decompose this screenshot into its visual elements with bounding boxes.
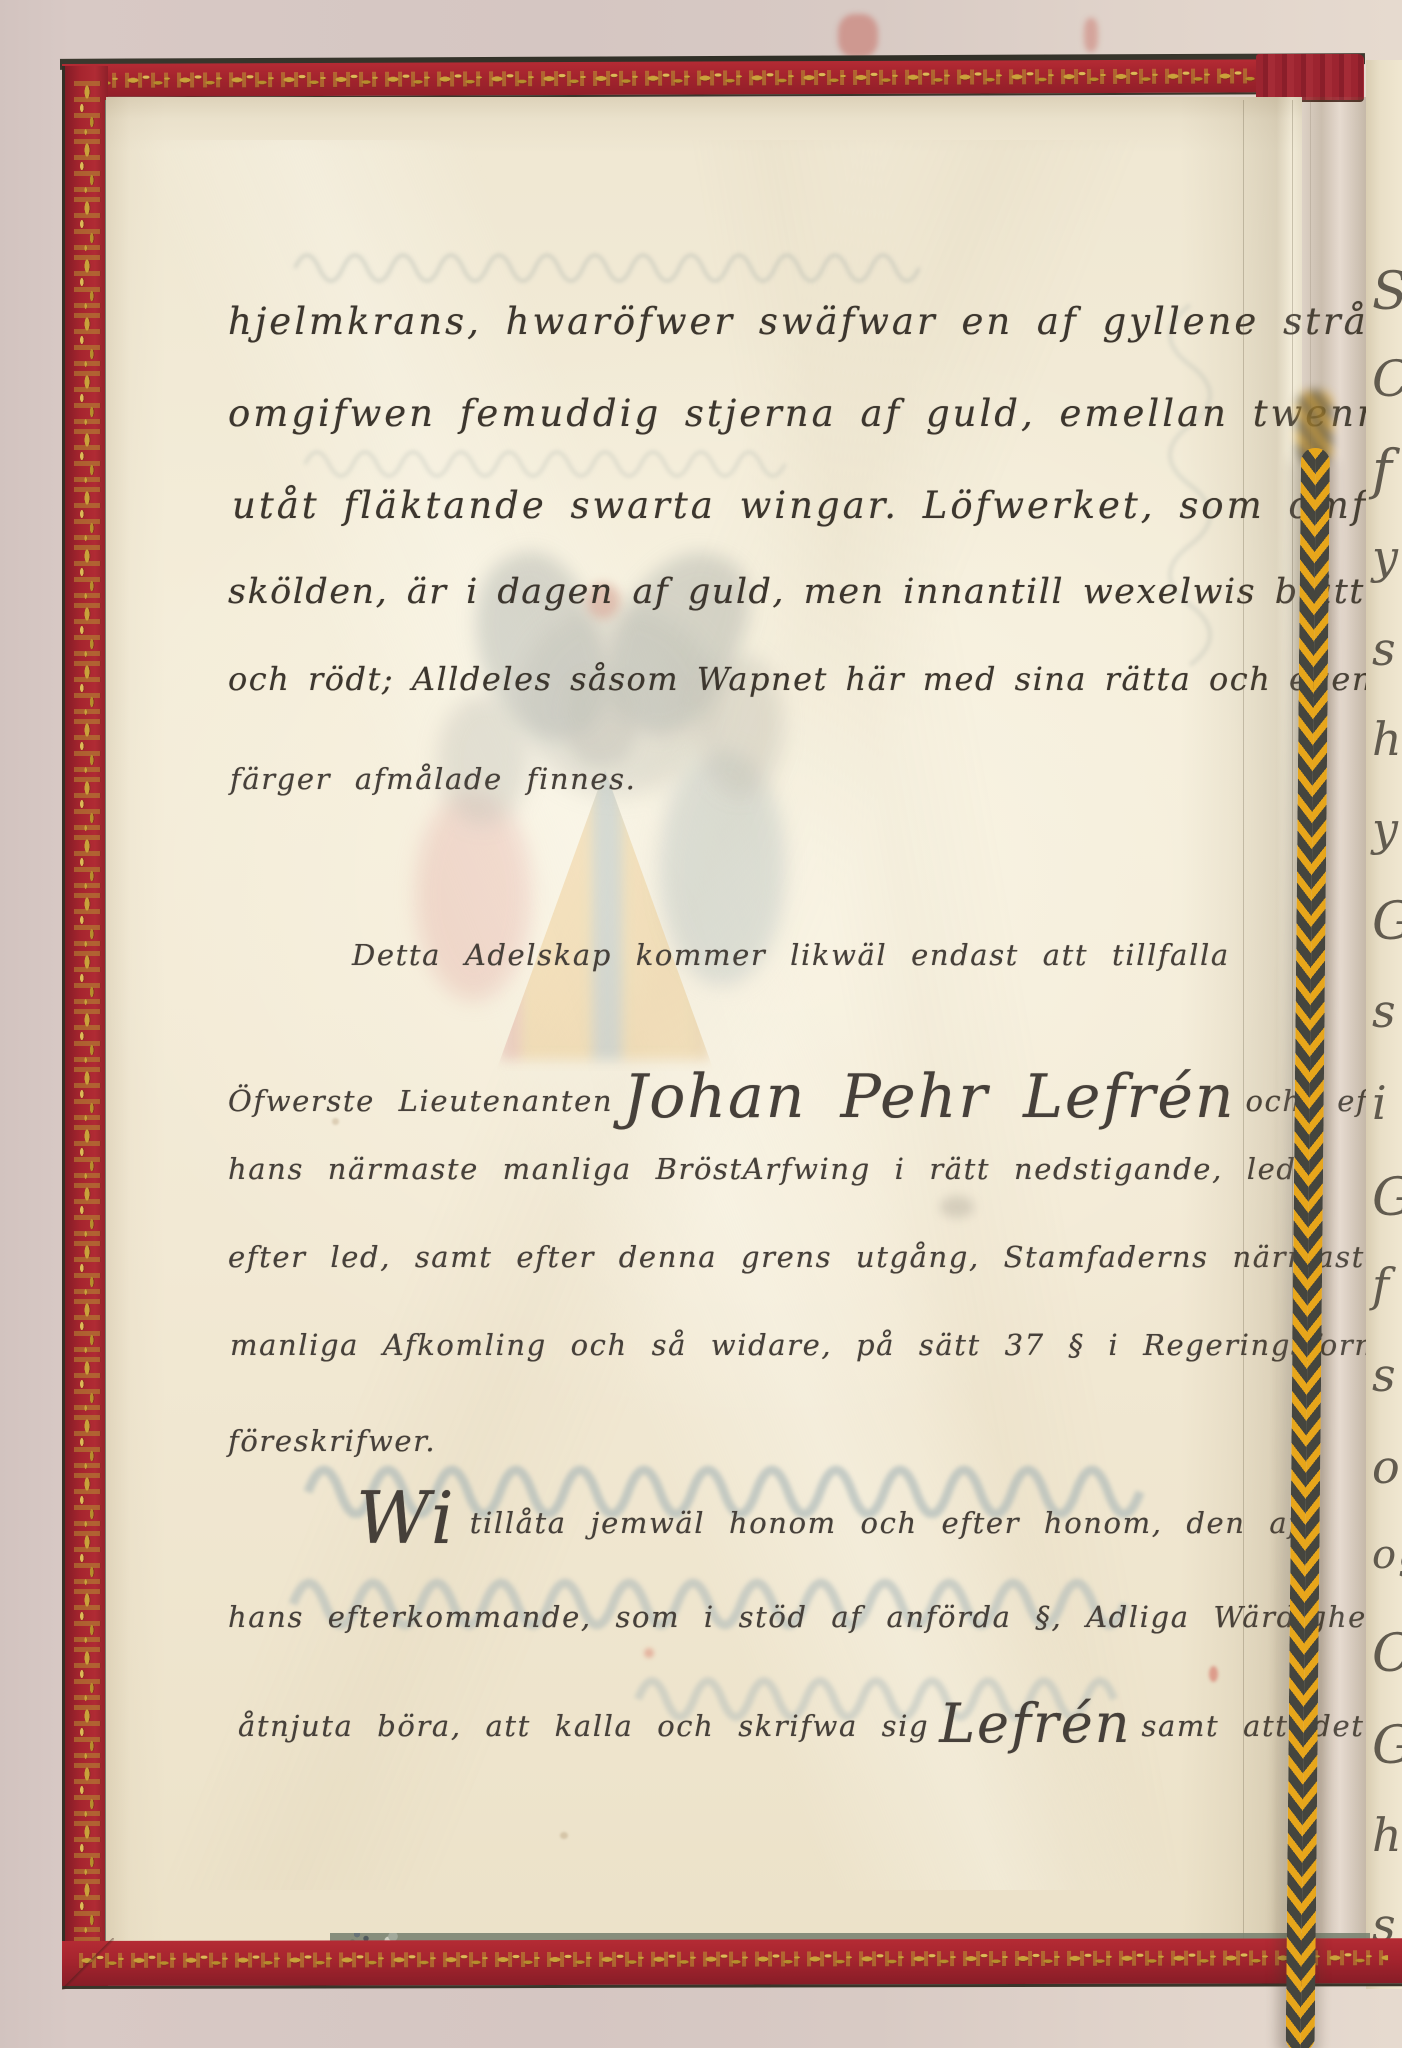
leather-spine-fold: [1256, 54, 1364, 102]
text-line: föreskrifwer.: [228, 1424, 436, 1458]
facing-page-letter-fragment: f: [1372, 438, 1394, 501]
facing-page-letter-fragment: y: [1372, 802, 1400, 856]
facing-page-letter-fragment: og: [1372, 1532, 1402, 1578]
showthrough-script-ghost: [290, 232, 950, 284]
leather-border-left: [62, 66, 108, 1986]
red-stain: [644, 1648, 654, 1658]
leather-border-bottom: [62, 1938, 1402, 1989]
scanned-book-page: hjelmkrans, hwaröfwer swäfwar en af gyll…: [0, 0, 1402, 2048]
facing-page-letter-fragment: o: [1372, 1440, 1402, 1494]
facing-page-letter-fragment: h: [1372, 712, 1402, 766]
leather-border-top: [62, 59, 1262, 99]
facing-page-letter-fragment: S: [1372, 262, 1402, 322]
facing-page-letter-fragment: s: [1372, 1348, 1398, 1402]
gutter-shading: [1180, 97, 1366, 1942]
red-stain: [1209, 1666, 1218, 1682]
grey-smudge: [940, 1196, 974, 1218]
text-line: Witillåta jemwäl honom och efter honom, …: [356, 1476, 1301, 1560]
facing-page-letter-fragment: G: [1372, 1716, 1402, 1776]
facing-page-letter-fragment: C: [1372, 350, 1402, 408]
facing-page-letter-fragment: f: [1372, 1258, 1391, 1312]
title-prefix: Öfwerste Lieutenanten: [228, 1084, 613, 1118]
corner-mitre: [62, 1938, 114, 1990]
coat-of-arms-showthrough: [408, 535, 798, 1080]
royal-we-initial: Wi: [356, 1476, 470, 1560]
facing-page-letter-fragment: C: [1372, 1624, 1402, 1684]
facing-page-letter-fragment: i: [1372, 1076, 1389, 1130]
foxing-spot: [332, 1118, 339, 1125]
facing-page-letter-fragment: s: [1372, 984, 1398, 1038]
ennobled-name: Johan Pehr Lefrén: [613, 1062, 1245, 1132]
granted-surname: Lefrén: [929, 1692, 1141, 1755]
text-line: Detta Adelskap kommer likwäl endast att …: [352, 938, 1230, 972]
facing-page-letter-fragment: y: [1372, 530, 1400, 584]
line-rest: tillåta jemwäl honom och efter honom, de…: [470, 1506, 1301, 1540]
foxing-spot: [560, 1832, 568, 1839]
showthrough-script-ghost: [300, 430, 820, 482]
text-line: hans närmaste manliga BröstArfwing i rät…: [228, 1152, 1297, 1186]
gold-tooling-left: [74, 80, 100, 1970]
text-line: färger afmålade finnes.: [230, 762, 636, 796]
gold-tooling-top: [70, 68, 1256, 88]
red-paint-smudge: [838, 14, 878, 58]
page-crease: [1243, 100, 1244, 1940]
mantling-grey-ghost: [438, 695, 528, 825]
facing-page-letter-fragment: G: [1372, 1168, 1402, 1228]
facing-page-letter-fragment: s: [1372, 622, 1398, 676]
gold-tooling-bottom: [76, 1950, 1388, 1968]
surname-prefix: åtnjuta böra, att kalla och skrifwa sig: [238, 1709, 929, 1743]
red-paint-smudge: [1084, 18, 1098, 52]
facing-page-letter-fragment: G: [1372, 892, 1402, 952]
facing-page-letter-fragment: h: [1372, 1808, 1402, 1862]
